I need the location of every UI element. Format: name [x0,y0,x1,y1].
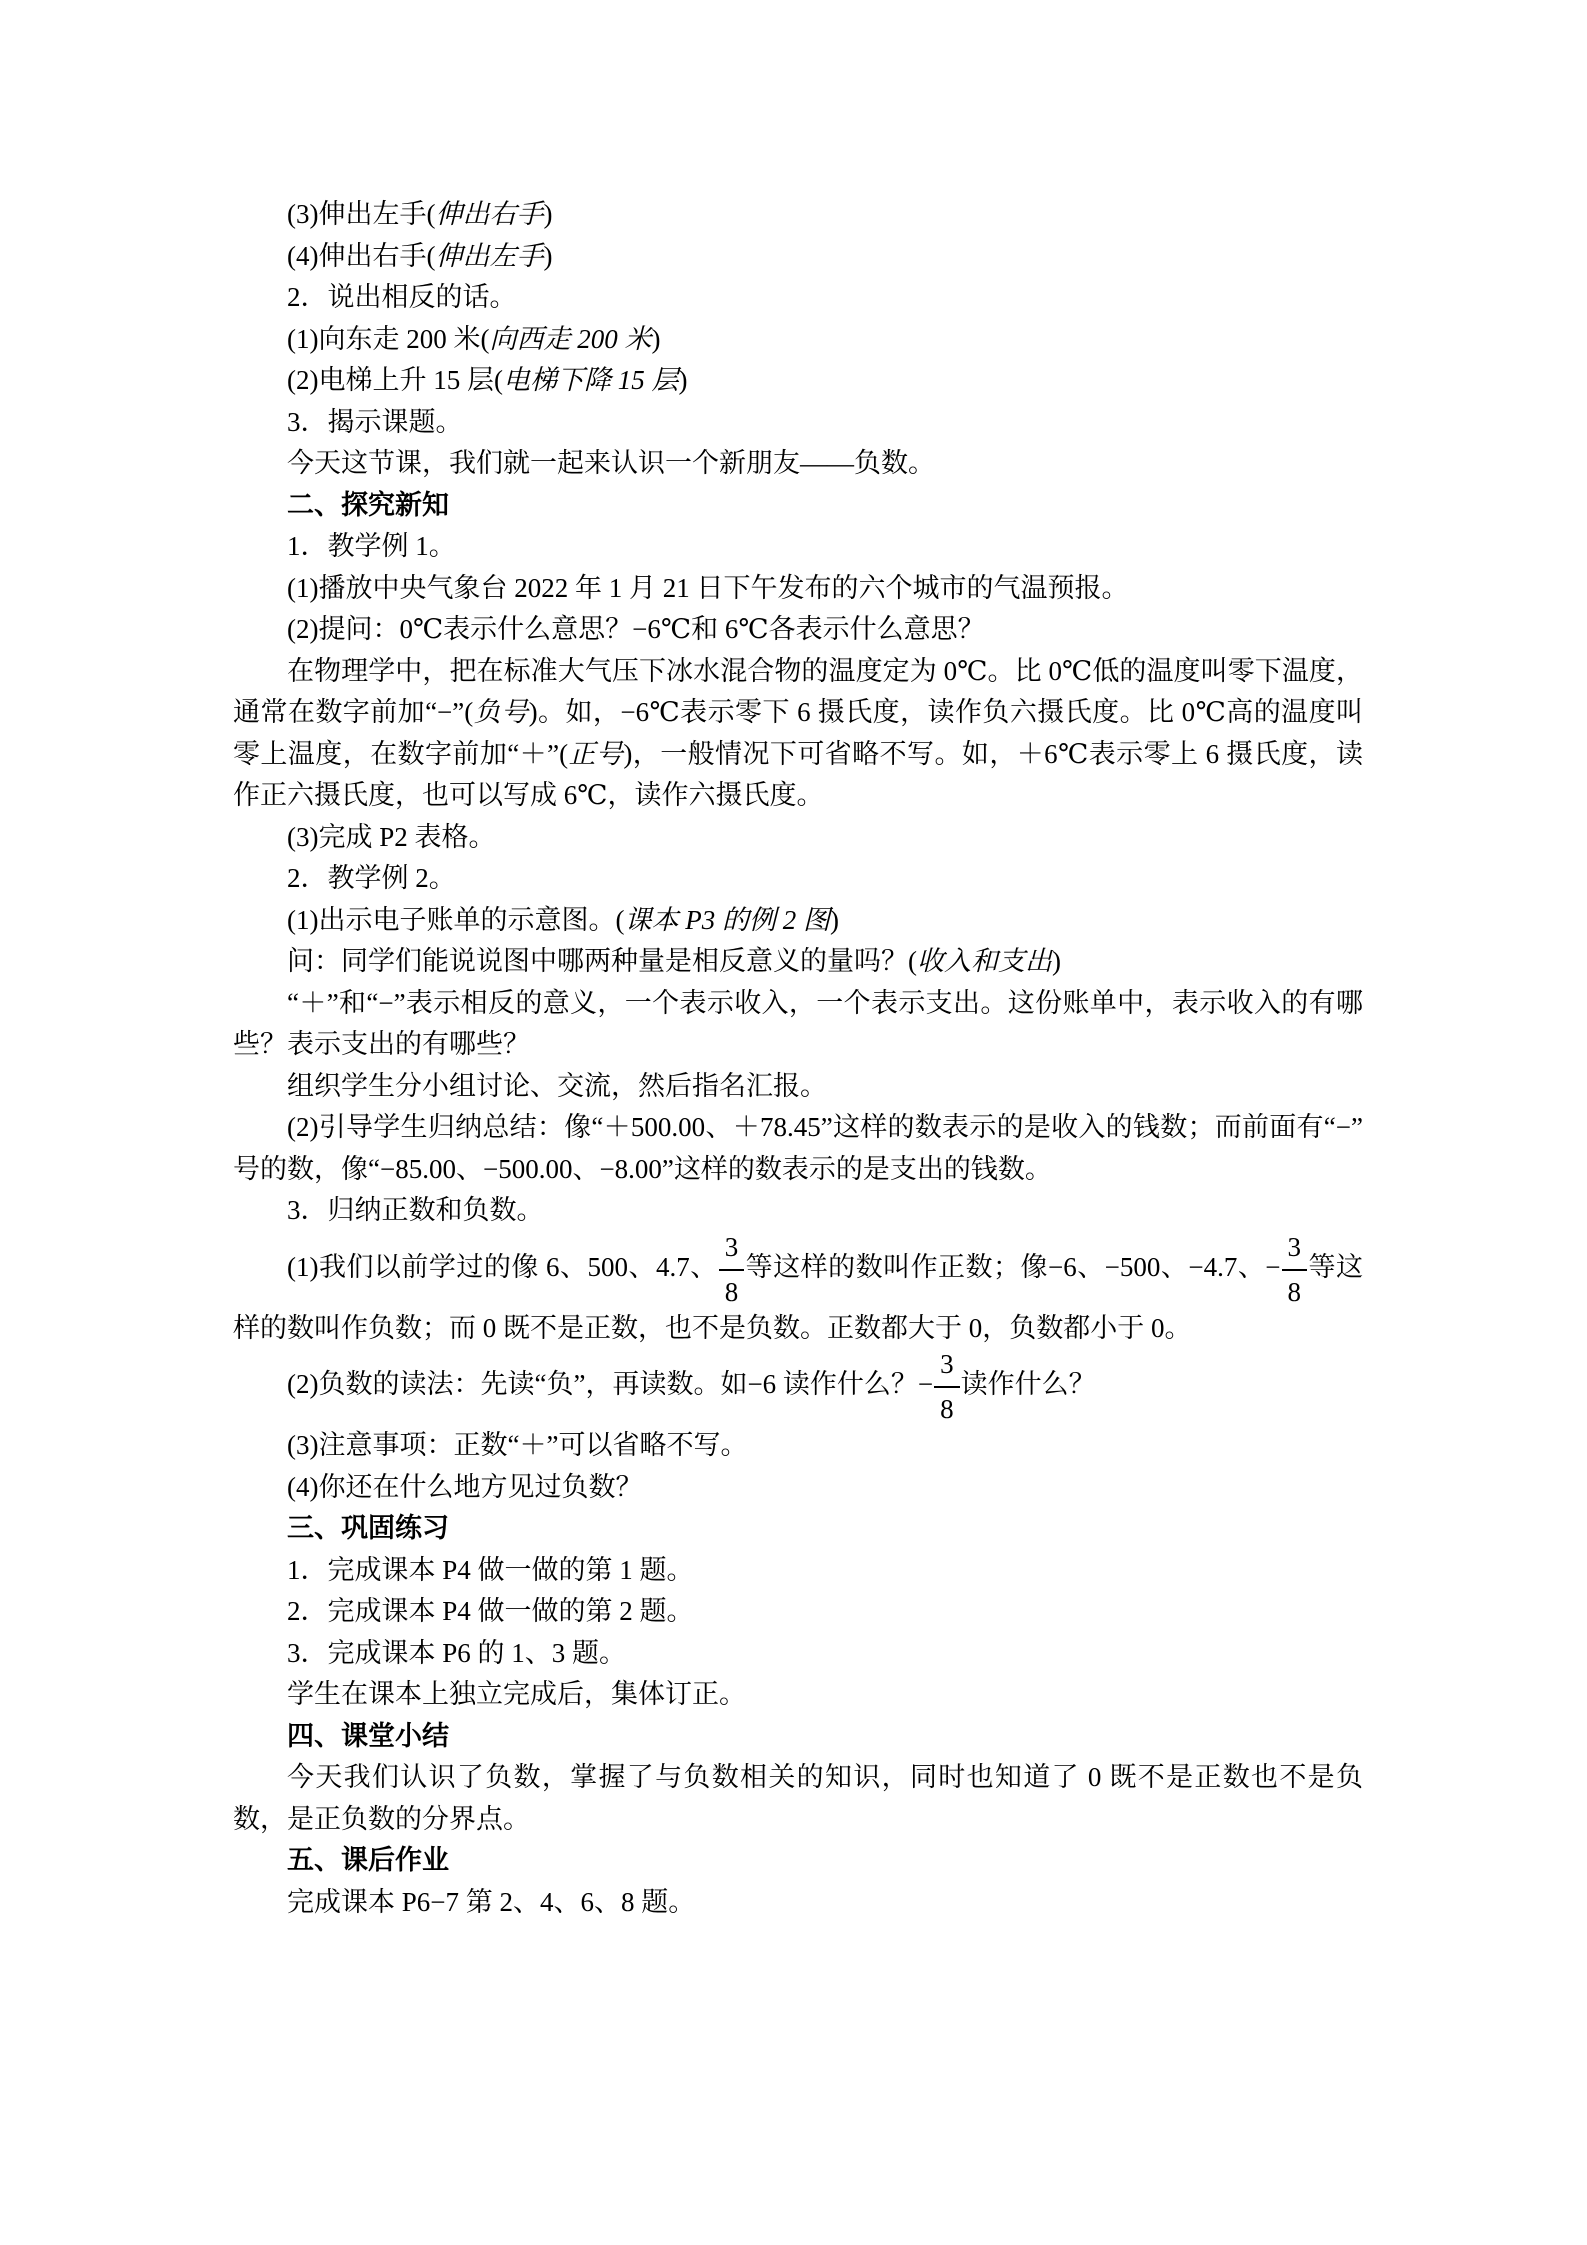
paragraph: (2)负数的读法：先读“负”，再读数。如−6 读作什么？−38读作什么？ [233,1349,1363,1425]
paragraph: (4)你还在什么地方见过负数？ [233,1467,1363,1509]
text-run: ) [543,241,552,271]
paragraph: 2．完成课本 P4 做一做的第 2 题。 [233,1591,1363,1633]
paragraph: 在物理学中，把在标准大气压下冰水混合物的温度定为 0℃。比 0℃低的温度叫零下温… [233,651,1363,817]
text-run: ) [543,199,552,229]
section-heading: 三、巩固练习 [233,1508,1363,1550]
text-run: (2)电梯上升 15 层( [287,365,503,395]
kai-text-run: 课本 P3 的例 2 图 [624,905,830,935]
fraction-numerator: 3 [1282,1232,1308,1271]
text-run: 2．说出相反的话。 [287,282,517,312]
paragraph: (1)我们以前学过的像 6、500、4.7、38等这样的数叫作正数；像−6、−5… [233,1232,1363,1350]
paragraph: 3．完成课本 P6 的 1、3 题。 [233,1633,1363,1675]
paragraph: 2．说出相反的话。 [233,277,1363,319]
paragraph: (2)电梯上升 15 层(电梯下降 15 层) [233,360,1363,402]
kai-text-run: 伸出右手 [435,199,543,229]
paragraph: (2)引导学生归纳总结：像“＋500.00、＋78.45”这样的数表示的是收入的… [233,1107,1363,1190]
fraction: 38 [1282,1232,1308,1308]
text-run: 3．归纳正数和负数。 [287,1195,544,1225]
paragraph: (3)伸出左手(伸出右手) [233,194,1363,236]
text-run: 2．完成课本 P4 做一做的第 2 题。 [287,1596,694,1626]
fraction-numerator: 3 [934,1349,960,1388]
text-run: 1．完成课本 P4 做一做的第 1 题。 [287,1555,694,1585]
text-run: 3．揭示课题。 [287,407,463,437]
text-run: (1)出示电子账单的示意图。( [287,905,624,935]
text-run: 2．教学例 2。 [287,863,456,893]
text-run: 等这样的数叫作正数；像−6、−500、−4.7、− [745,1252,1280,1282]
paragraph: (3)注意事项：正数“＋”可以省略不写。 [233,1425,1363,1467]
text-run: 学生在课本上独立完成后，集体订正。 [287,1679,746,1709]
paragraph: 2．教学例 2。 [233,858,1363,900]
text-run: ) [830,905,839,935]
paragraph: (1)出示电子账单的示意图。(课本 P3 的例 2 图) [233,900,1363,942]
text-run: 二、探究新知 [287,490,449,520]
text-run: (1)向东走 200 米( [287,324,489,354]
lesson-plan-content: (3)伸出左手(伸出右手)(4)伸出右手(伸出左手)2．说出相反的话。(1)向东… [233,194,1363,1923]
kai-text-run: 正号 [568,739,623,769]
text-run: (2)提问：0℃表示什么意思？−6℃和 6℃各表示什么意思？ [287,614,985,644]
paragraph: 1．完成课本 P4 做一做的第 1 题。 [233,1550,1363,1592]
kai-text-run: 伸出左手 [435,241,543,271]
section-heading: 四、课堂小结 [233,1716,1363,1758]
text-run: 今天我们认识了负数，掌握了与负数相关的知识，同时也知道了 0 既不是正数也不是负… [233,1762,1363,1834]
document-page: { "page": { "background": "#ffffff", "te… [0,0,1587,2245]
text-run: 读作什么？ [961,1369,1096,1399]
text-run: 今天这节课，我们就一起来认识一个新朋友——负数。 [287,448,935,478]
kai-text-run: 向西走 200 米 [489,324,651,354]
paragraph: 3．归纳正数和负数。 [233,1190,1363,1232]
text-run: (3)完成 P2 表格。 [287,822,496,852]
text-run: “＋”和“−”表示相反的意义，一个表示收入，一个表示支出。这份账单中，表示收入的… [233,988,1363,1060]
fraction-denominator: 8 [719,1271,745,1308]
fraction: 38 [934,1349,960,1425]
paragraph: (1)向东走 200 米(向西走 200 米) [233,319,1363,361]
text-run: 四、课堂小结 [287,1721,449,1751]
text-run: ) [678,365,687,395]
paragraph: 今天我们认识了负数，掌握了与负数相关的知识，同时也知道了 0 既不是正数也不是负… [233,1757,1363,1840]
section-heading: 五、课后作业 [233,1840,1363,1882]
fraction: 38 [719,1232,745,1308]
paragraph: 3．揭示课题。 [233,402,1363,444]
text-run: (3)注意事项：正数“＋”可以省略不写。 [287,1430,747,1460]
kai-text-run: 收入和支出 [917,946,1052,976]
paragraph: 问：同学们能说说图中哪两种量是相反意义的量吗？(收入和支出) [233,941,1363,983]
paragraph: (3)完成 P2 表格。 [233,817,1363,859]
text-run: 五、课后作业 [287,1845,449,1875]
section-heading: 二、探究新知 [233,485,1363,527]
text-run: (1)播放中央气象台 2022 年 1 月 21 日下午发布的六个城市的气温预报… [287,573,1128,603]
text-run: (1)我们以前学过的像 6、500、4.7、 [287,1252,718,1282]
text-run: (4)伸出右手( [287,241,435,271]
text-run: ) [651,324,660,354]
text-run: 1．教学例 1。 [287,531,456,561]
kai-text-run: 电梯下降 15 层 [503,365,679,395]
paragraph: (4)伸出右手(伸出左手) [233,236,1363,278]
text-run: (4)你还在什么地方见过负数？ [287,1472,642,1502]
paragraph: 组织学生分小组讨论、交流，然后指名汇报。 [233,1066,1363,1108]
paragraph: 完成课本 P6−7 第 2、4、6、8 题。 [233,1882,1363,1924]
text-run: 3．完成课本 P6 的 1、3 题。 [287,1638,626,1668]
text-run: (2)负数的读法：先读“负”，再读数。如−6 读作什么？− [287,1369,933,1399]
fraction-denominator: 8 [1282,1271,1308,1308]
text-run: 组织学生分小组讨论、交流，然后指名汇报。 [287,1071,827,1101]
paragraph: 1．教学例 1。 [233,526,1363,568]
text-run: 问：同学们能说说图中哪两种量是相反意义的量吗？( [287,946,917,976]
paragraph: 今天这节课，我们就一起来认识一个新朋友——负数。 [233,443,1363,485]
text-run: (3)伸出左手( [287,199,435,229]
fraction-numerator: 3 [719,1232,745,1271]
fraction-denominator: 8 [934,1388,960,1425]
text-run: 三、巩固练习 [287,1513,449,1543]
text-run: (2)引导学生归纳总结：像“＋500.00、＋78.45”这样的数表示的是收入的… [233,1112,1363,1184]
paragraph: (2)提问：0℃表示什么意思？−6℃和 6℃各表示什么意思？ [233,609,1363,651]
text-run: ) [1052,946,1061,976]
paragraph: “＋”和“−”表示相反的意义，一个表示收入，一个表示支出。这份账单中，表示收入的… [233,983,1363,1066]
paragraph: 学生在课本上独立完成后，集体订正。 [233,1674,1363,1716]
text-run: 完成课本 P6−7 第 2、4、6、8 题。 [287,1887,695,1917]
paragraph: (1)播放中央气象台 2022 年 1 月 21 日下午发布的六个城市的气温预报… [233,568,1363,610]
kai-text-run: 负号 [473,697,528,727]
